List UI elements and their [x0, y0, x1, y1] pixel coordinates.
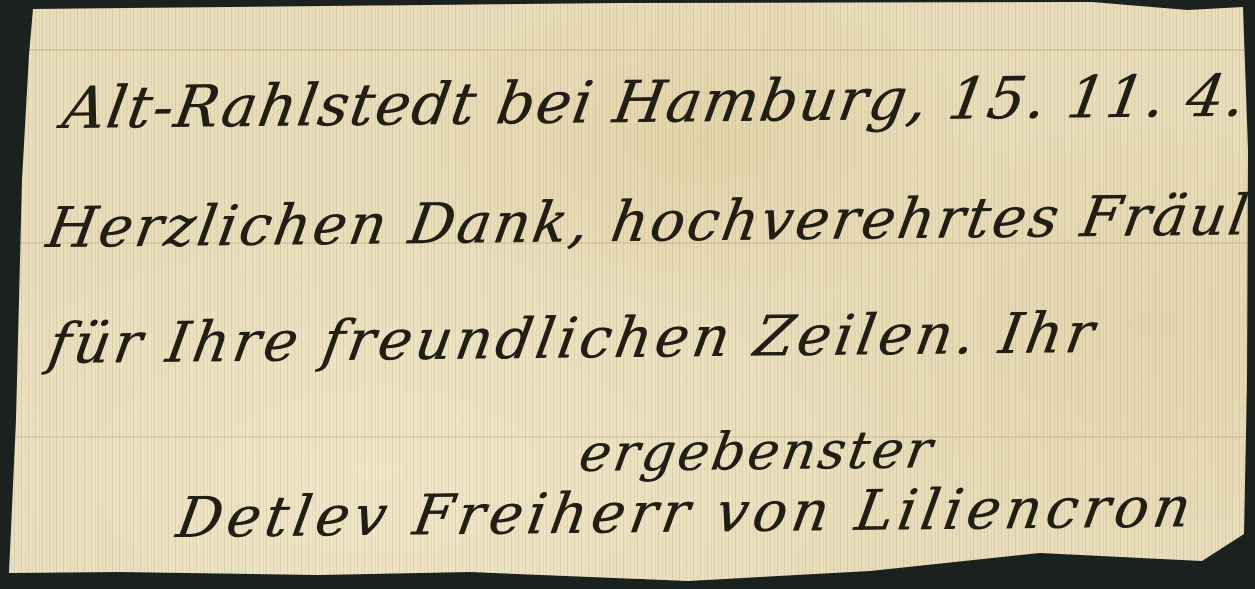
- handwriting-body-line-1: Herzlichen Dank, hochverehrtes Fräulein,: [42, 182, 1255, 261]
- photo-background: Alt-Rahlstedt bei Hamburg, 15. 11. 4. He…: [0, 0, 1255, 589]
- handwriting-signature: Detlev Freiherr von Liliencron: [172, 475, 1200, 551]
- handwriting-closing: ergebenster: [575, 420, 939, 484]
- handwriting-body-line-2: für Ihre freundlichen Zeilen. Ihr: [44, 301, 1102, 377]
- handwriting-dateline: Alt-Rahlstedt bei Hamburg, 15. 11. 4.: [58, 62, 1252, 142]
- paper: Alt-Rahlstedt bei Hamburg, 15. 11. 4. He…: [0, 0, 1255, 589]
